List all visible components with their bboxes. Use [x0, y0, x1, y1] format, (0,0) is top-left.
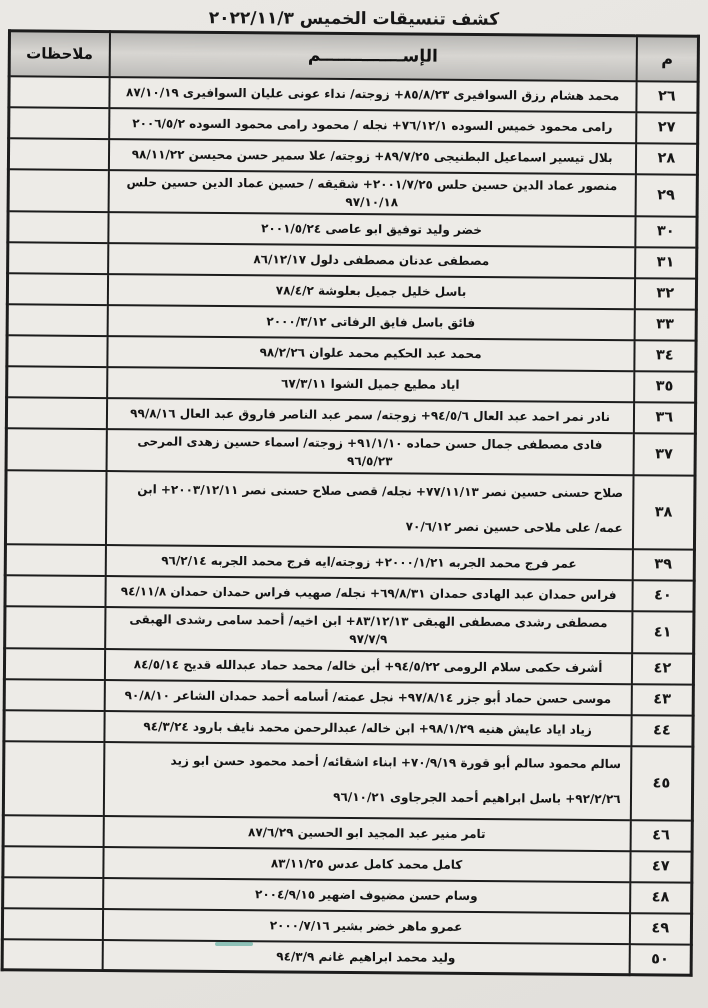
row-name: مصطفى عدنان مصطفى دلول ٨٦/١٢/١٧	[108, 243, 635, 278]
row-number: ٥٠	[629, 944, 691, 975]
row-number: ٣٣	[634, 309, 696, 340]
row-notes	[4, 710, 104, 742]
row-number: ٤٣	[631, 684, 693, 715]
row-number: ٢٨	[636, 143, 698, 174]
row-notes	[8, 211, 108, 243]
row-number: ٤٢	[632, 653, 694, 684]
row-notes	[4, 648, 104, 680]
table-row: ٤١ مصطفى رشدى مصطفى الهبقى ٨٣/١٢/١٣+ ابن…	[5, 606, 694, 653]
row-name: صلاح حسنى حسين نصر ٧٧/١١/١٣+ نجله/ قصى ص…	[105, 471, 633, 549]
row-number: ٤٥	[631, 746, 693, 820]
row-notes	[3, 741, 104, 816]
row-name: عمر فرج محمد الجربه ٢٠٠٠/١/٢١+ زوجته/ايه…	[105, 545, 632, 580]
row-number: ٣٧	[633, 433, 695, 475]
row-number: ٣٨	[633, 475, 695, 549]
table-row: ٤٥ سالم محمود سالم أبو قورة ٧٠/٩/١٩+ ابن…	[3, 741, 693, 820]
row-name: منصور عماد الدين حسين حلس ٢٠٠١/٧/٢٥+ شقي…	[108, 170, 635, 216]
row-notes	[5, 575, 105, 607]
row-notes	[2, 939, 102, 971]
row-name: مصطفى رشدى مصطفى الهبقى ٨٣/١٢/١٣+ ابن اخ…	[105, 607, 632, 653]
row-notes	[7, 335, 107, 367]
row-notes	[8, 138, 108, 170]
row-notes	[7, 304, 107, 336]
row-name: اياد مطيع جميل الشوا ٦٧/٣/١١	[107, 367, 634, 402]
row-name: سالم محمود سالم أبو قورة ٧٠/٩/١٩+ ابناء …	[103, 742, 631, 820]
row-name: موسى حسن حماد أبو جزر ٩٧/٨/١٤+ نجل عمته/…	[104, 680, 631, 715]
row-name: باسل خليل جميل بعلوشة ٧٨/٤/٢	[107, 274, 634, 309]
scanner-edge-artifact	[215, 942, 253, 946]
row-notes	[7, 273, 107, 305]
row-name: نادر نمر احمد عبد العال ٩٤/٥/٦+ زوجته/ س…	[106, 398, 633, 433]
row-notes	[3, 846, 103, 878]
row-notes	[4, 679, 104, 711]
row-name: فادى مصطفى جمال حسن حماده ٩١/١/١٠+ زوجته…	[106, 429, 633, 475]
table-row: ٥٠ وليد محمد ابراهيم غانم ٩٤/٣/٩	[2, 939, 691, 975]
page-title: كشف تنسيقات الخميس ٢٠٢٢/١١/٣	[0, 0, 708, 31]
row-name: رامى محمود خميس السوده ٧٦/١٢/١+ نجله / م…	[109, 108, 636, 143]
row-name: تامر منير عبد المجيد ابو الحسين ٨٧/٦/٢٩	[103, 816, 630, 851]
header-number: م	[636, 36, 698, 81]
row-number: ٣٥	[634, 371, 696, 402]
row-notes	[9, 76, 109, 108]
row-name: خضر وليد توفيق ابو عاصى ٢٠٠١/٥/٢٤	[108, 212, 635, 247]
row-number: ٤١	[632, 611, 694, 653]
row-number: ٤٠	[632, 580, 694, 611]
row-number: ٢٦	[636, 81, 698, 112]
row-number: ٣٩	[632, 549, 694, 580]
row-name: محمد عبد الحكيم محمد علوان ٩٨/٢/٢٦	[107, 336, 634, 371]
row-notes	[8, 169, 108, 212]
row-notes	[8, 242, 108, 274]
row-name: بلال تيسير اسماعيل البطنيجى ٨٩/٧/٢٥+ زوج…	[108, 139, 635, 174]
row-number: ٤٧	[630, 851, 692, 882]
row-name: وسام حسن مضيوف اضهير ٢٠٠٤/٩/١٥	[103, 878, 630, 913]
row-number: ٣٢	[635, 278, 697, 309]
header-row: م الإســــــــــــــم ملاحظات	[9, 31, 698, 81]
row-name: زياد اياد عايش هنيه ٩٨/١/٢٩+ ابن خاله/ ع…	[104, 711, 631, 746]
row-notes	[5, 544, 105, 576]
row-number: ٢٩	[635, 174, 697, 216]
row-number: ٢٧	[636, 112, 698, 143]
row-number: ٤٩	[630, 913, 692, 944]
row-number: ٣٠	[635, 216, 697, 247]
row-number: ٤٤	[631, 715, 693, 746]
row-number: ٣٤	[634, 340, 696, 371]
row-number: ٤٦	[630, 820, 692, 851]
row-notes	[9, 107, 109, 139]
header-name: الإســــــــــــــم	[109, 32, 637, 81]
row-notes	[2, 908, 102, 940]
row-notes	[6, 397, 106, 429]
row-name: أشرف حكمى سلام الرومى ٩٤/٥/٢٢+ أبن خاله/…	[104, 649, 631, 684]
row-number: ٣٦	[634, 402, 696, 433]
row-notes	[3, 877, 103, 909]
table-row: ٣٧ فادى مصطفى جمال حسن حماده ٩١/١/١٠+ زو…	[6, 428, 695, 475]
row-notes	[3, 815, 103, 847]
row-number: ٣١	[635, 247, 697, 278]
table-body: ٢٦ محمد هشام رزق السوافيرى ٨٥/٨/٢٣+ زوجت…	[2, 76, 698, 975]
row-name: كامل محمد كامل عدس ٨٣/١١/٢٥	[103, 847, 630, 882]
row-notes	[5, 470, 106, 545]
scanned-page: كشف تنسيقات الخميس ٢٠٢٢/١١/٣ م الإســـــ…	[0, 0, 708, 1008]
row-notes	[5, 606, 105, 649]
coordination-table: م الإســــــــــــــم ملاحظات ٢٦ محمد هش…	[1, 29, 700, 976]
row-name: فراس حمدان عبد الهادى حمدان ٦٩/٨/٣١+ نجل…	[105, 576, 632, 611]
table-row: ٣٨ صلاح حسنى حسين نصر ٧٧/١١/١٣+ نجله/ قص…	[5, 470, 695, 549]
row-name: فائق باسل فايق الرفاتى ٢٠٠٠/٣/١٢	[107, 305, 634, 340]
row-name: وليد محمد ابراهيم غانم ٩٤/٣/٩	[102, 940, 629, 975]
table-row: ٢٩ منصور عماد الدين حسين حلس ٢٠٠١/٧/٢٥+ …	[8, 169, 697, 216]
row-name: عمرو ماهر خضر بشير ٢٠٠٠/٧/١٦	[102, 909, 629, 944]
row-notes	[7, 366, 107, 398]
header-notes: ملاحظات	[9, 31, 109, 77]
row-name: محمد هشام رزق السوافيرى ٨٥/٨/٢٣+ زوجته/ …	[109, 77, 636, 112]
row-notes	[6, 428, 106, 471]
row-number: ٤٨	[630, 882, 692, 913]
